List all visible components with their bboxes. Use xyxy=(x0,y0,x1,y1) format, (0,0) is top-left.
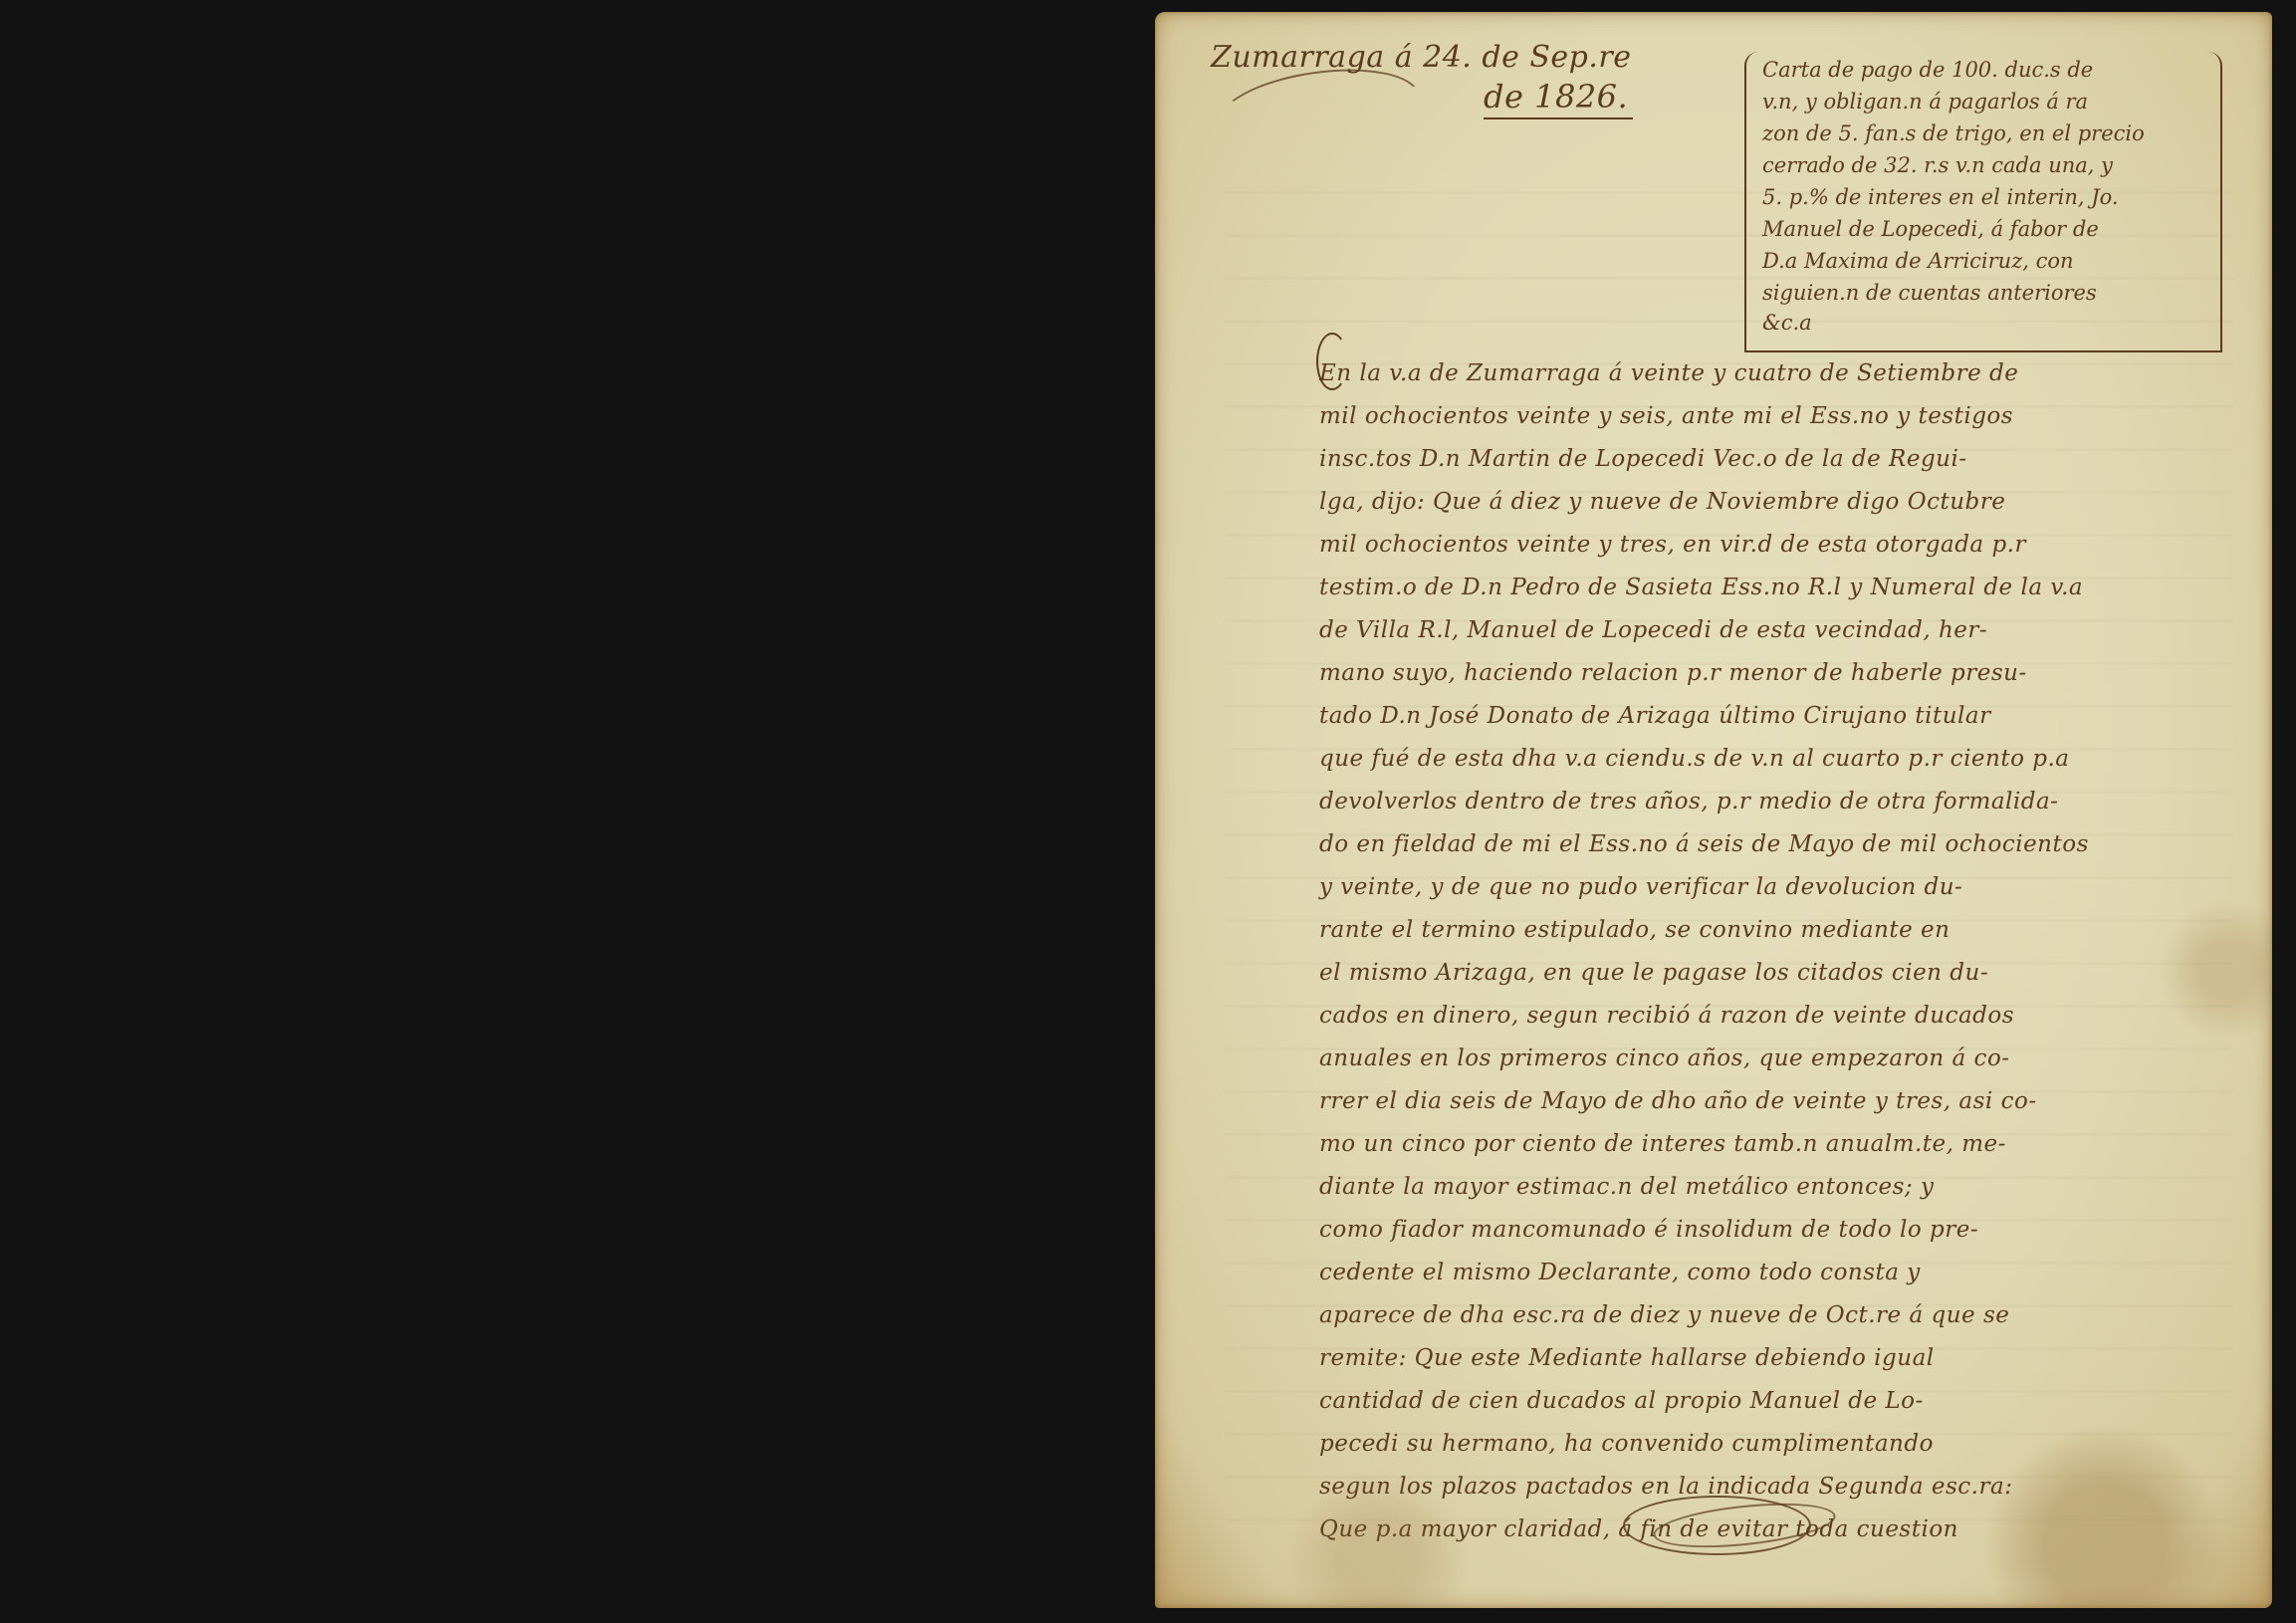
body-line: devolverlos dentro de tres años, p.r med… xyxy=(1319,789,2058,814)
margin-note-line: Carta de pago de 100. duc.s de xyxy=(1762,58,2093,82)
body-line: y veinte, y de que no pudo verificar la … xyxy=(1319,874,1962,900)
body-line: lga, dijo: Que á diez y nueve de Noviemb… xyxy=(1319,489,2005,515)
body-line: cedente el mismo Declarante, como todo c… xyxy=(1319,1260,1921,1285)
margin-note-line: Manuel de Lopecedi, á fabor de xyxy=(1762,217,2099,241)
manuscript-page: Zumarraga á 24. de Sep.re de 1826. Carta… xyxy=(1155,12,2272,1608)
body-line: cantidad de cien ducados al propio Manue… xyxy=(1319,1388,1924,1414)
body-line: insc.tos D.n Martin de Lopecedi Vec.o de… xyxy=(1319,446,1967,472)
body-line: de Villa R.l, Manuel de Lopecedi de esta… xyxy=(1319,617,1987,643)
body-line: anuales en los primeros cinco años, que … xyxy=(1319,1045,2010,1071)
body-line: como fiador mancomunado é insolidum de t… xyxy=(1319,1217,1978,1243)
body-line: do en fieldad de mi el Ess.no á seis de … xyxy=(1319,831,2089,857)
body-line: diante la mayor estimac.n del metálico e… xyxy=(1319,1174,1934,1200)
body-line: mil ochocientos veinte y seis, ante mi e… xyxy=(1319,403,2013,429)
body-line: mil ochocientos veinte y tres, en vir.d … xyxy=(1319,532,2026,558)
body-line: aparece de dha esc.ra de diez y nueve de… xyxy=(1319,1302,2009,1328)
body-line: tado D.n José Donato de Arizaga último C… xyxy=(1319,703,1991,729)
header-year: de 1826. xyxy=(1484,78,1628,116)
margin-note-line: D.a Maxima de Arriciruz, con xyxy=(1762,249,2074,273)
header-place-date: Zumarraga á 24. de Sep.re xyxy=(1211,40,1632,75)
margin-note-line: siguien.n de cuentas anteriores xyxy=(1762,281,2097,305)
margin-note-line: 5. p.% de interes en el interin, Jo. xyxy=(1762,185,2119,209)
body-line: mano suyo, haciendo relacion p.r menor d… xyxy=(1319,660,2027,686)
header-underline xyxy=(1484,117,1633,119)
margin-note-line: cerrado de 32. r.s v.n cada una, y xyxy=(1762,153,2113,177)
body-line: mo un cinco por ciento de interes tamb.n… xyxy=(1319,1131,2006,1157)
body-line: segun los plazos pactados en la indicada… xyxy=(1319,1474,2012,1500)
body-line: testim.o de D.n Pedro de Sasieta Ess.no … xyxy=(1319,575,2083,600)
margin-note-box: Carta de pago de 100. duc.s de v.n, y ob… xyxy=(1744,52,2222,352)
margin-note-line: zon de 5. fan.s de trigo, en el precio xyxy=(1762,121,2145,145)
body-line: remite: Que este Mediante hallarse debie… xyxy=(1319,1345,1935,1371)
body-line: que fué de esta dha v.a ciendu.s de v.n … xyxy=(1319,746,2070,772)
body-line: rante el termino estipulado, se convino … xyxy=(1319,917,1950,943)
body-line: pecedi su hermano, ha convenido cumplime… xyxy=(1319,1431,1934,1457)
margin-note-line: &c.a xyxy=(1762,311,1812,335)
body-line: En la v.a de Zumarraga á veinte y cuatro… xyxy=(1319,360,2018,386)
body-line: el mismo Arizaga, en que le pagase los c… xyxy=(1319,960,1988,986)
margin-note-line: v.n, y obligan.n á pagarlos á ra xyxy=(1762,90,2088,114)
body-line: rrer el dia seis de Mayo de dho año de v… xyxy=(1319,1088,2037,1114)
body-line: cados en dinero, segun recibió á razon d… xyxy=(1319,1003,2014,1029)
